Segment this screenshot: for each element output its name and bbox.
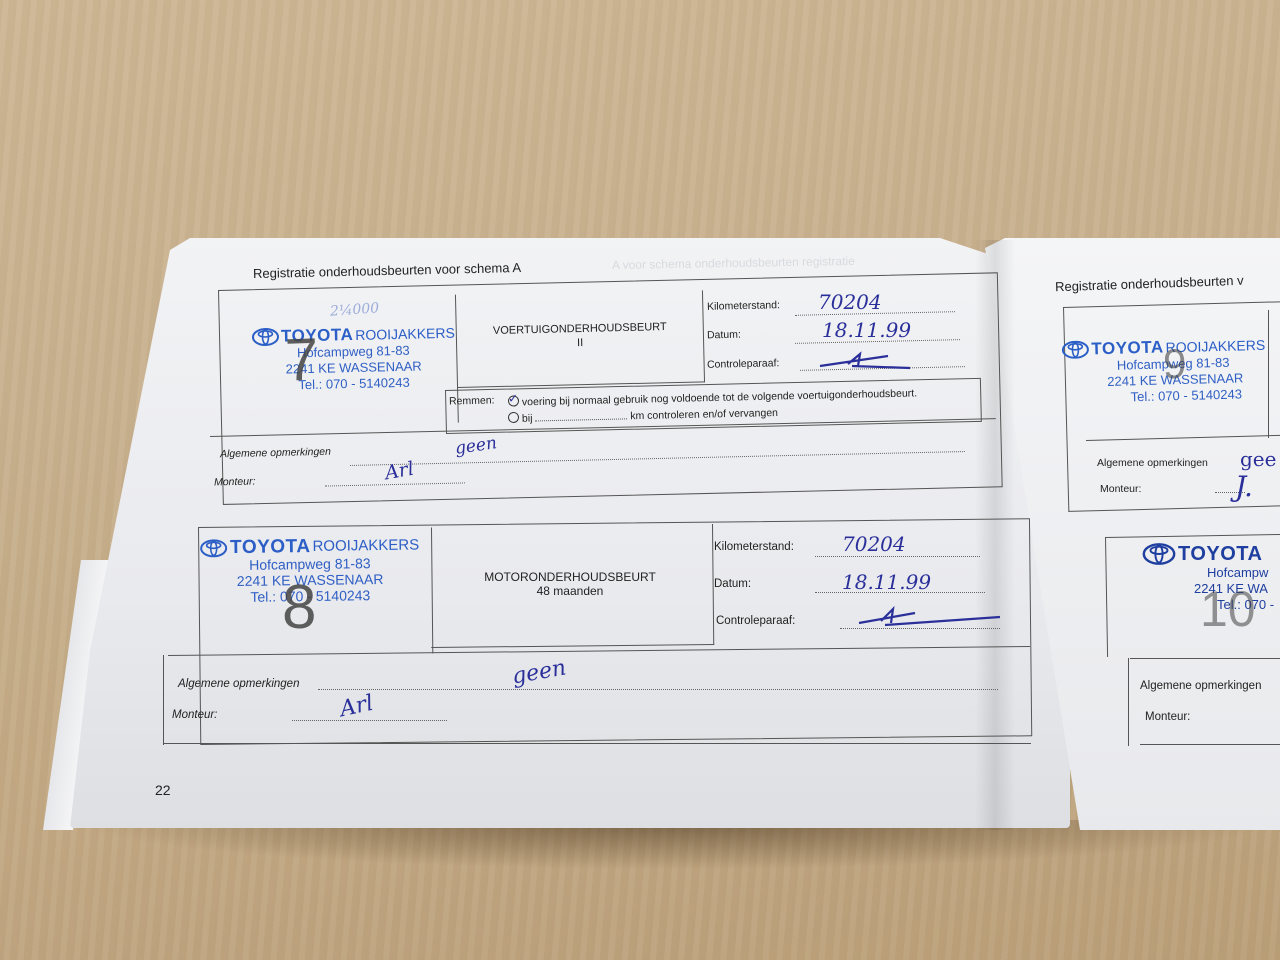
mechanic-label: Monteur: bbox=[1100, 483, 1141, 495]
mechanic-label: Monteur: bbox=[214, 476, 256, 489]
entry-sequence-number: 9 bbox=[1163, 340, 1186, 388]
service-type-label: MOTORONDERHOUDSBEURT bbox=[440, 570, 700, 584]
brakes-option-1-radio[interactable]: ✓ bbox=[508, 395, 519, 406]
entry-10-bottom-edge bbox=[1140, 744, 1280, 745]
toyota-logo-icon bbox=[1142, 543, 1176, 565]
initials-signature bbox=[855, 605, 1005, 631]
page-number: 22 bbox=[155, 782, 171, 798]
entry-sequence-number: 8 bbox=[282, 572, 316, 643]
brakes-km-blank bbox=[535, 418, 627, 421]
remarks-label: Algemene opmerkingen bbox=[220, 446, 331, 461]
faded-handwritten-note: 2¼000 bbox=[330, 300, 380, 319]
entry-10-left-edge bbox=[1128, 658, 1129, 746]
entry-8-left-edge bbox=[163, 655, 173, 745]
toyota-logo-icon bbox=[200, 539, 228, 557]
date-label: Datum: bbox=[707, 329, 741, 342]
mechanic-label: Monteur: bbox=[1145, 711, 1190, 723]
initials-label: Controleparaaf: bbox=[716, 615, 795, 627]
date-value: 18.11.99 bbox=[822, 318, 911, 342]
stamp-brand: TOYOTA bbox=[1178, 546, 1262, 562]
remarks-value: gee bbox=[1240, 447, 1276, 471]
initials-signature bbox=[818, 350, 913, 372]
service-subtitle: 48 maanden bbox=[440, 584, 700, 598]
stamp-brand: TOYOTA bbox=[1091, 339, 1164, 357]
remarks-label: Algemene opmerkingen bbox=[178, 678, 299, 690]
remarks-label: Algemene opmerkingen bbox=[1097, 457, 1208, 469]
date-value: 18.11.99 bbox=[842, 570, 931, 594]
mechanic-value: J. bbox=[1235, 470, 1253, 503]
toyota-logo-icon bbox=[1061, 340, 1089, 359]
service-type: MOTORONDERHOUDSBEURT 48 maanden bbox=[440, 570, 700, 598]
dealer-stamp-7: TOYOTAROOIJAKKERS Hofcampweg 81-83 2241 … bbox=[235, 323, 471, 394]
brakes-option-2-prefix: bij bbox=[522, 413, 533, 425]
km-value: 70204 bbox=[842, 532, 906, 556]
entry-sequence-number: 10 bbox=[1200, 580, 1256, 638]
stamp-brand: TOYOTA bbox=[230, 539, 311, 556]
stamp-dealer: ROOIJAKKERS bbox=[355, 325, 455, 343]
brakes-label: Remmen: bbox=[449, 394, 495, 407]
entry-sequence-number: 7 bbox=[284, 324, 320, 394]
mechanic-label: Monteur: bbox=[172, 709, 217, 721]
stamp-address-1: Hofcampw bbox=[1142, 565, 1280, 581]
brakes-option-2-radio[interactable] bbox=[508, 412, 519, 423]
km-label: Kilometerstand: bbox=[707, 299, 780, 313]
remarks-label: Algemene opmerkingen bbox=[1140, 680, 1261, 692]
date-label: Datum: bbox=[714, 578, 751, 590]
initials-label: Controleparaaf: bbox=[707, 357, 780, 371]
remarks-line bbox=[318, 689, 998, 690]
mechanic-line bbox=[292, 720, 447, 721]
km-value: 70204 bbox=[818, 290, 882, 314]
stamp-dealer: ROOIJAKKERS bbox=[312, 537, 419, 554]
entry-8-bottom-edge bbox=[163, 743, 1031, 744]
km-line bbox=[815, 556, 980, 557]
service-type: VOERTUIGONDERHOUDSBEURT II bbox=[470, 320, 691, 353]
km-label: Kilometerstand: bbox=[714, 541, 794, 553]
entry-10-divider bbox=[1130, 658, 1280, 659]
toyota-logo-icon bbox=[251, 328, 279, 347]
